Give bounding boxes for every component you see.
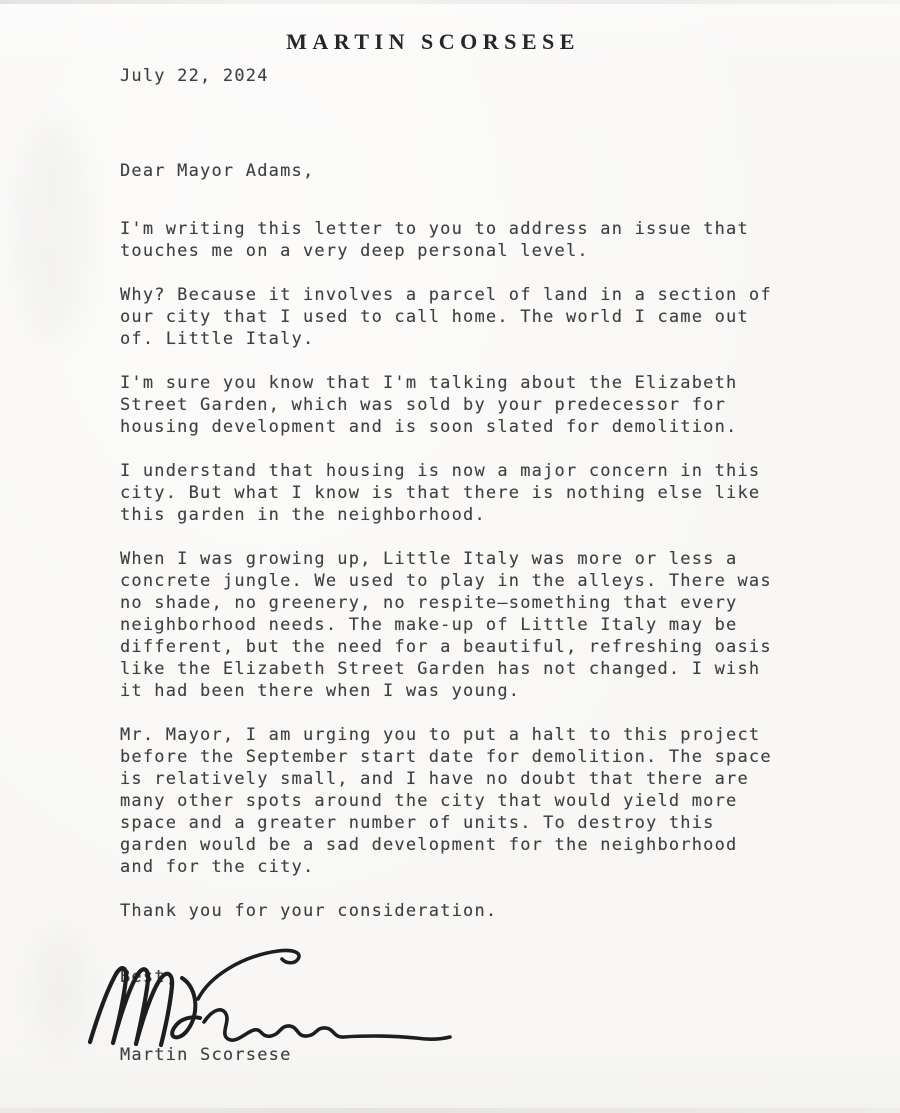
scan-smudge — [30, 930, 90, 1050]
letter-paragraph: I'm writing this letter to you to addres… — [120, 218, 780, 262]
letter-page: MARTIN SCORSESE July 22, 2024 Dear Mayor… — [0, 0, 900, 1113]
letter-paragraph: Thank you for your consideration. — [120, 900, 780, 922]
scan-edge-bottom — [0, 1108, 900, 1113]
salutation: Dear Mayor Adams, — [120, 160, 780, 182]
letter-date: July 22, 2024 — [120, 66, 780, 86]
letterhead-name: MARTIN SCORSESE — [120, 27, 780, 57]
letter-paragraph: I understand that housing is now a major… — [120, 460, 780, 526]
letter-body: I'm writing this letter to you to addres… — [120, 218, 780, 922]
scan-smudge — [18, 120, 88, 340]
handwritten-signature-image — [86, 944, 456, 1056]
letter-paragraph: When I was growing up, Little Italy was … — [120, 548, 780, 702]
letter-paragraph: Why? Because it involves a parcel of lan… — [120, 284, 780, 350]
closing: Best, — [120, 966, 780, 988]
letter-paragraph: Mr. Mayor, I am urging you to put a halt… — [120, 724, 780, 878]
scan-edge-top — [0, 0, 900, 4]
signature-typed-name: Martin Scorsese — [120, 1044, 780, 1066]
letter-paragraph: I'm sure you know that I'm talking about… — [120, 372, 780, 438]
